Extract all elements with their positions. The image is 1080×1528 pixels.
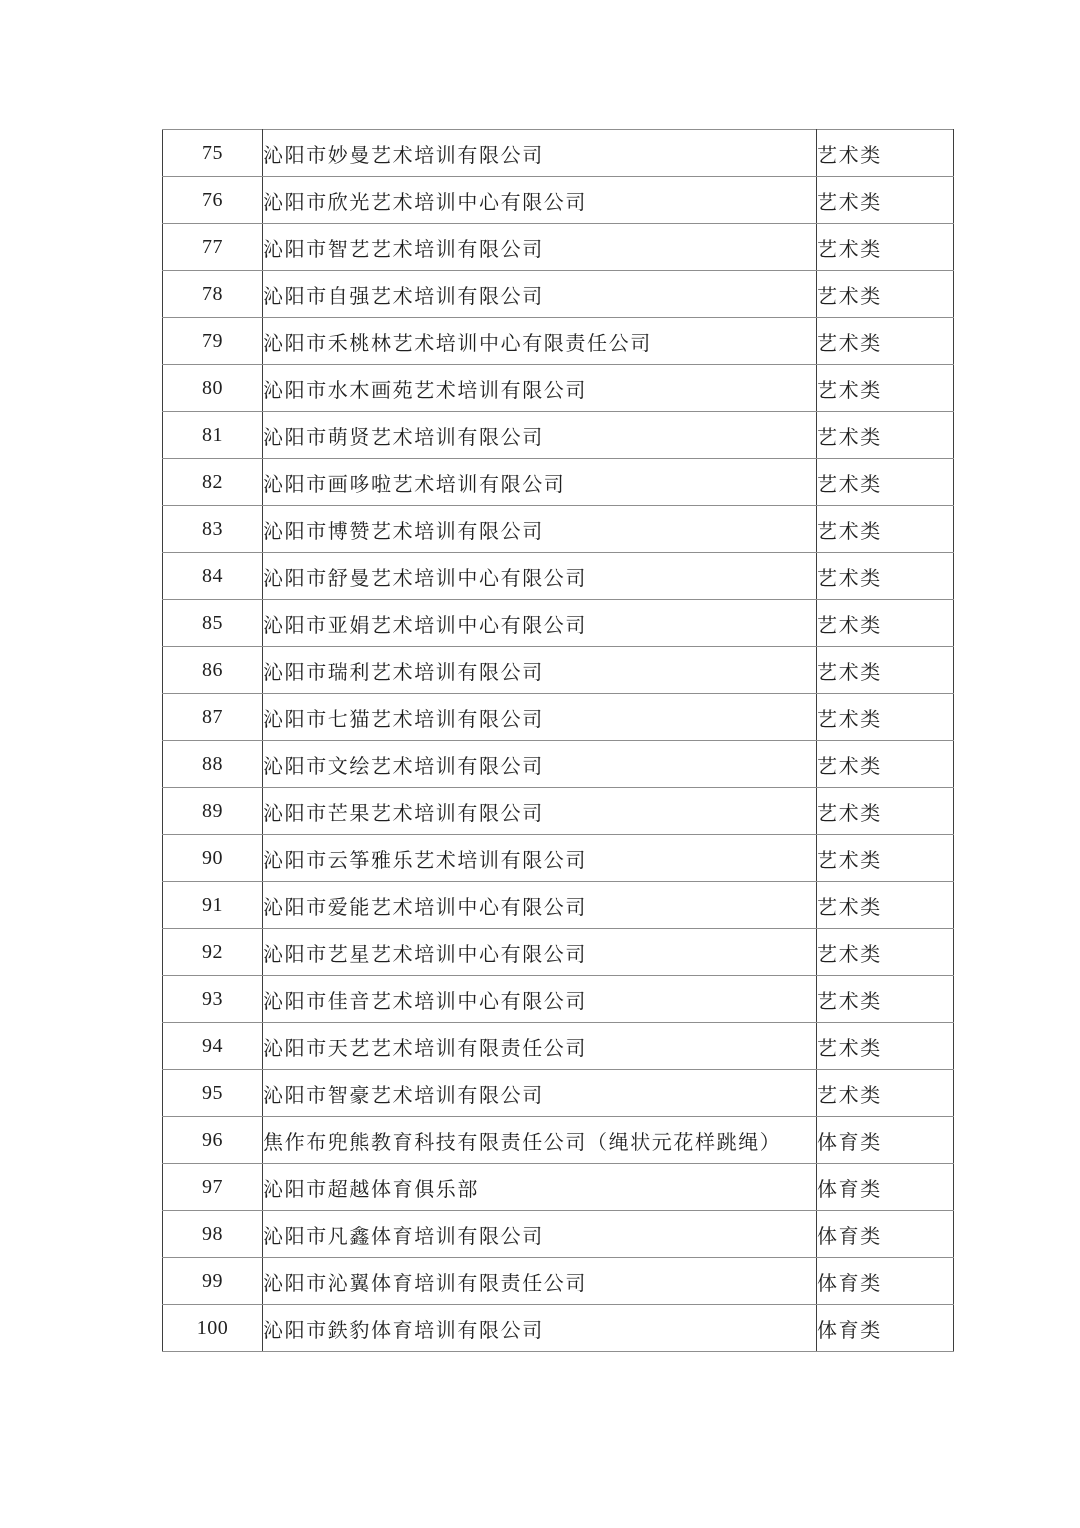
row-index: 90 [163, 835, 263, 882]
training-institutions-table: 75 沁阳市妙曼艺术培训有限公司 艺术类 76 沁阳市欣光艺术培训中心有限公司 … [162, 129, 954, 1352]
row-index: 78 [163, 271, 263, 318]
row-index: 81 [163, 412, 263, 459]
row-index: 96 [163, 1117, 263, 1164]
category-label: 艺术类 [817, 600, 954, 647]
row-index: 100 [163, 1305, 263, 1352]
table-row: 77 沁阳市智艺艺术培训有限公司 艺术类 [163, 224, 954, 271]
row-index: 98 [163, 1211, 263, 1258]
table-row: 76 沁阳市欣光艺术培训中心有限公司 艺术类 [163, 177, 954, 224]
table-row: 90 沁阳市云筝雅乐艺术培训有限公司 艺术类 [163, 835, 954, 882]
table-row: 83 沁阳市博赞艺术培训有限公司 艺术类 [163, 506, 954, 553]
table-row: 86 沁阳市瑞利艺术培训有限公司 艺术类 [163, 647, 954, 694]
row-index: 89 [163, 788, 263, 835]
category-label: 艺术类 [817, 365, 954, 412]
category-label: 艺术类 [817, 788, 954, 835]
category-label: 体育类 [817, 1164, 954, 1211]
category-label: 艺术类 [817, 835, 954, 882]
document-page: 75 沁阳市妙曼艺术培训有限公司 艺术类 76 沁阳市欣光艺术培训中心有限公司 … [0, 0, 1080, 1528]
institution-name: 沁阳市超越体育俱乐部 [263, 1164, 817, 1211]
institution-name: 沁阳市天艺艺术培训有限责任公司 [263, 1023, 817, 1070]
category-label: 艺术类 [817, 318, 954, 365]
table-row: 80 沁阳市水木画苑艺术培训有限公司 艺术类 [163, 365, 954, 412]
row-index: 97 [163, 1164, 263, 1211]
table-row: 93 沁阳市佳音艺术培训中心有限公司 艺术类 [163, 976, 954, 1023]
institution-name: 沁阳市画哆啦艺术培训有限公司 [263, 459, 817, 506]
institution-name: 沁阳市文绘艺术培训有限公司 [263, 741, 817, 788]
row-index: 92 [163, 929, 263, 976]
category-label: 艺术类 [817, 130, 954, 177]
row-index: 94 [163, 1023, 263, 1070]
category-label: 艺术类 [817, 929, 954, 976]
table-row: 82 沁阳市画哆啦艺术培训有限公司 艺术类 [163, 459, 954, 506]
table-row: 91 沁阳市爱能艺术培训中心有限公司 艺术类 [163, 882, 954, 929]
institution-name: 沁阳市智豪艺术培训有限公司 [263, 1070, 817, 1117]
institution-name: 沁阳市自强艺术培训有限公司 [263, 271, 817, 318]
table-row: 95 沁阳市智豪艺术培训有限公司 艺术类 [163, 1070, 954, 1117]
category-label: 艺术类 [817, 1070, 954, 1117]
row-index: 77 [163, 224, 263, 271]
table-row: 96 焦作布兜熊教育科技有限责任公司（绳状元花样跳绳） 体育类 [163, 1117, 954, 1164]
institution-name: 沁阳市萌贤艺术培训有限公司 [263, 412, 817, 459]
category-label: 艺术类 [817, 553, 954, 600]
institution-name: 沁阳市七猫艺术培训有限公司 [263, 694, 817, 741]
table-row: 78 沁阳市自强艺术培训有限公司 艺术类 [163, 271, 954, 318]
institution-name: 沁阳市亚娟艺术培训中心有限公司 [263, 600, 817, 647]
table-row: 89 沁阳市芒果艺术培训有限公司 艺术类 [163, 788, 954, 835]
institution-name: 沁阳市瑞利艺术培训有限公司 [263, 647, 817, 694]
table-row: 94 沁阳市天艺艺术培训有限责任公司 艺术类 [163, 1023, 954, 1070]
table-row: 100 沁阳市鉄豹体育培训有限公司 体育类 [163, 1305, 954, 1352]
category-label: 艺术类 [817, 412, 954, 459]
row-index: 75 [163, 130, 263, 177]
institution-name: 沁阳市佳音艺术培训中心有限公司 [263, 976, 817, 1023]
table-row: 75 沁阳市妙曼艺术培训有限公司 艺术类 [163, 130, 954, 177]
row-index: 82 [163, 459, 263, 506]
row-index: 76 [163, 177, 263, 224]
table-row: 98 沁阳市凡鑫体育培训有限公司 体育类 [163, 1211, 954, 1258]
institution-name: 沁阳市水木画苑艺术培训有限公司 [263, 365, 817, 412]
table-row: 79 沁阳市禾桃林艺术培训中心有限责任公司 艺术类 [163, 318, 954, 365]
category-label: 体育类 [817, 1258, 954, 1305]
institution-name: 沁阳市凡鑫体育培训有限公司 [263, 1211, 817, 1258]
category-label: 艺术类 [817, 694, 954, 741]
category-label: 艺术类 [817, 741, 954, 788]
category-label: 体育类 [817, 1117, 954, 1164]
category-label: 艺术类 [817, 976, 954, 1023]
institution-name: 沁阳市舒曼艺术培训中心有限公司 [263, 553, 817, 600]
table-row: 97 沁阳市超越体育俱乐部 体育类 [163, 1164, 954, 1211]
category-label: 艺术类 [817, 177, 954, 224]
institution-name: 沁阳市智艺艺术培训有限公司 [263, 224, 817, 271]
institution-name: 沁阳市沁翼体育培训有限责任公司 [263, 1258, 817, 1305]
table-row: 85 沁阳市亚娟艺术培训中心有限公司 艺术类 [163, 600, 954, 647]
row-index: 95 [163, 1070, 263, 1117]
category-label: 艺术类 [817, 506, 954, 553]
institution-name: 沁阳市爱能艺术培训中心有限公司 [263, 882, 817, 929]
institution-name: 沁阳市博赞艺术培训有限公司 [263, 506, 817, 553]
category-label: 艺术类 [817, 1023, 954, 1070]
institution-name: 沁阳市鉄豹体育培训有限公司 [263, 1305, 817, 1352]
table-row: 84 沁阳市舒曼艺术培训中心有限公司 艺术类 [163, 553, 954, 600]
row-index: 84 [163, 553, 263, 600]
category-label: 艺术类 [817, 882, 954, 929]
row-index: 86 [163, 647, 263, 694]
category-label: 体育类 [817, 1305, 954, 1352]
table-row: 81 沁阳市萌贤艺术培训有限公司 艺术类 [163, 412, 954, 459]
row-index: 85 [163, 600, 263, 647]
category-label: 体育类 [817, 1211, 954, 1258]
row-index: 99 [163, 1258, 263, 1305]
row-index: 91 [163, 882, 263, 929]
table-row: 92 沁阳市艺星艺术培训中心有限公司 艺术类 [163, 929, 954, 976]
category-label: 艺术类 [817, 271, 954, 318]
table-body: 75 沁阳市妙曼艺术培训有限公司 艺术类 76 沁阳市欣光艺术培训中心有限公司 … [163, 130, 954, 1352]
category-label: 艺术类 [817, 647, 954, 694]
category-label: 艺术类 [817, 459, 954, 506]
institution-name: 沁阳市妙曼艺术培训有限公司 [263, 130, 817, 177]
institution-name: 沁阳市欣光艺术培训中心有限公司 [263, 177, 817, 224]
row-index: 80 [163, 365, 263, 412]
table-row: 99 沁阳市沁翼体育培训有限责任公司 体育类 [163, 1258, 954, 1305]
institution-name: 沁阳市禾桃林艺术培训中心有限责任公司 [263, 318, 817, 365]
category-label: 艺术类 [817, 224, 954, 271]
institution-name: 焦作布兜熊教育科技有限责任公司（绳状元花样跳绳） [263, 1117, 817, 1164]
institution-name: 沁阳市云筝雅乐艺术培训有限公司 [263, 835, 817, 882]
row-index: 83 [163, 506, 263, 553]
table-row: 88 沁阳市文绘艺术培训有限公司 艺术类 [163, 741, 954, 788]
table-row: 87 沁阳市七猫艺术培训有限公司 艺术类 [163, 694, 954, 741]
row-index: 87 [163, 694, 263, 741]
row-index: 88 [163, 741, 263, 788]
institution-name: 沁阳市艺星艺术培训中心有限公司 [263, 929, 817, 976]
row-index: 93 [163, 976, 263, 1023]
row-index: 79 [163, 318, 263, 365]
institution-name: 沁阳市芒果艺术培训有限公司 [263, 788, 817, 835]
